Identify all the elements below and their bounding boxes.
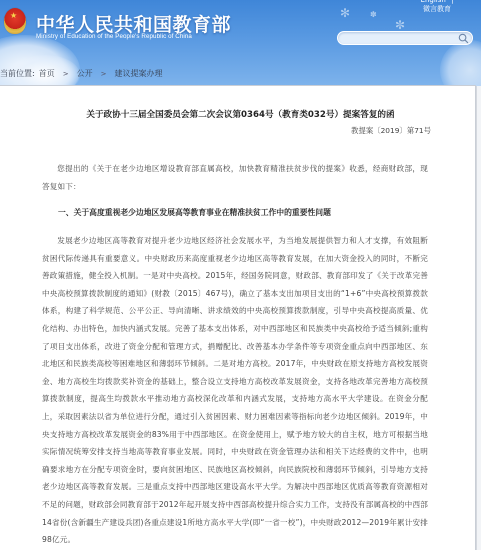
chevron-right-icon: > — [101, 70, 107, 78]
weiyan-education-link[interactable]: 微言教育 — [423, 5, 451, 13]
english-link[interactable]: English — [421, 0, 446, 4]
star-icon: ★ — [10, 12, 17, 20]
breadcrumb-item-proposals[interactable]: 建议提案办理 — [114, 68, 162, 79]
document-number: 教提案〔2019〕第71号 — [351, 125, 431, 136]
document-title: 关于政协十三届全国委员会第二次会议第0364号（教育类032号）提案答复的函 — [0, 108, 481, 120]
intro-paragraph: 您提出的《关于在老少边地区增设教育部直属高校，加快教育精准扶贫步伐的提案》收悉，… — [42, 160, 428, 195]
search-input[interactable] — [337, 31, 473, 45]
chevron-right-icon: > — [63, 70, 69, 78]
site-header: ✻ ✼ ✽ ★ 中华人民共和国教育部 Ministry of Education… — [0, 0, 481, 88]
breadcrumb-item-home[interactable]: 首页 — [39, 68, 55, 79]
section-heading: 一、关于高度重视老少边地区发展高等教育事业在精准扶贫工作中的重要性问题 — [58, 207, 331, 218]
breadcrumb: 当前位置: 首页 > 公开 > 建议提案办理 — [0, 68, 162, 79]
dandelion-decoration: ✼ — [395, 18, 405, 32]
site-subtitle: Ministry of Education of the People's Re… — [36, 33, 192, 40]
dandelion-decoration: ✽ — [370, 10, 377, 19]
top-links: English | 微言教育 — [412, 0, 462, 14]
link-separator: | — [451, 0, 453, 4]
national-emblem-icon[interactable]: ★ — [4, 8, 26, 34]
breadcrumb-prefix: 当前位置: — [0, 68, 35, 79]
section-body: 发展老少边地区高等教育对提升老少边地区经济社会发展水平，为当地发展提供智力和人才… — [42, 232, 428, 549]
breadcrumb-item-public[interactable]: 公开 — [77, 68, 93, 79]
scrollbar[interactable] — [476, 86, 481, 550]
search-icon[interactable] — [458, 33, 469, 44]
cloud-decoration — [440, 40, 481, 88]
dandelion-decoration: ✻ — [340, 6, 350, 20]
